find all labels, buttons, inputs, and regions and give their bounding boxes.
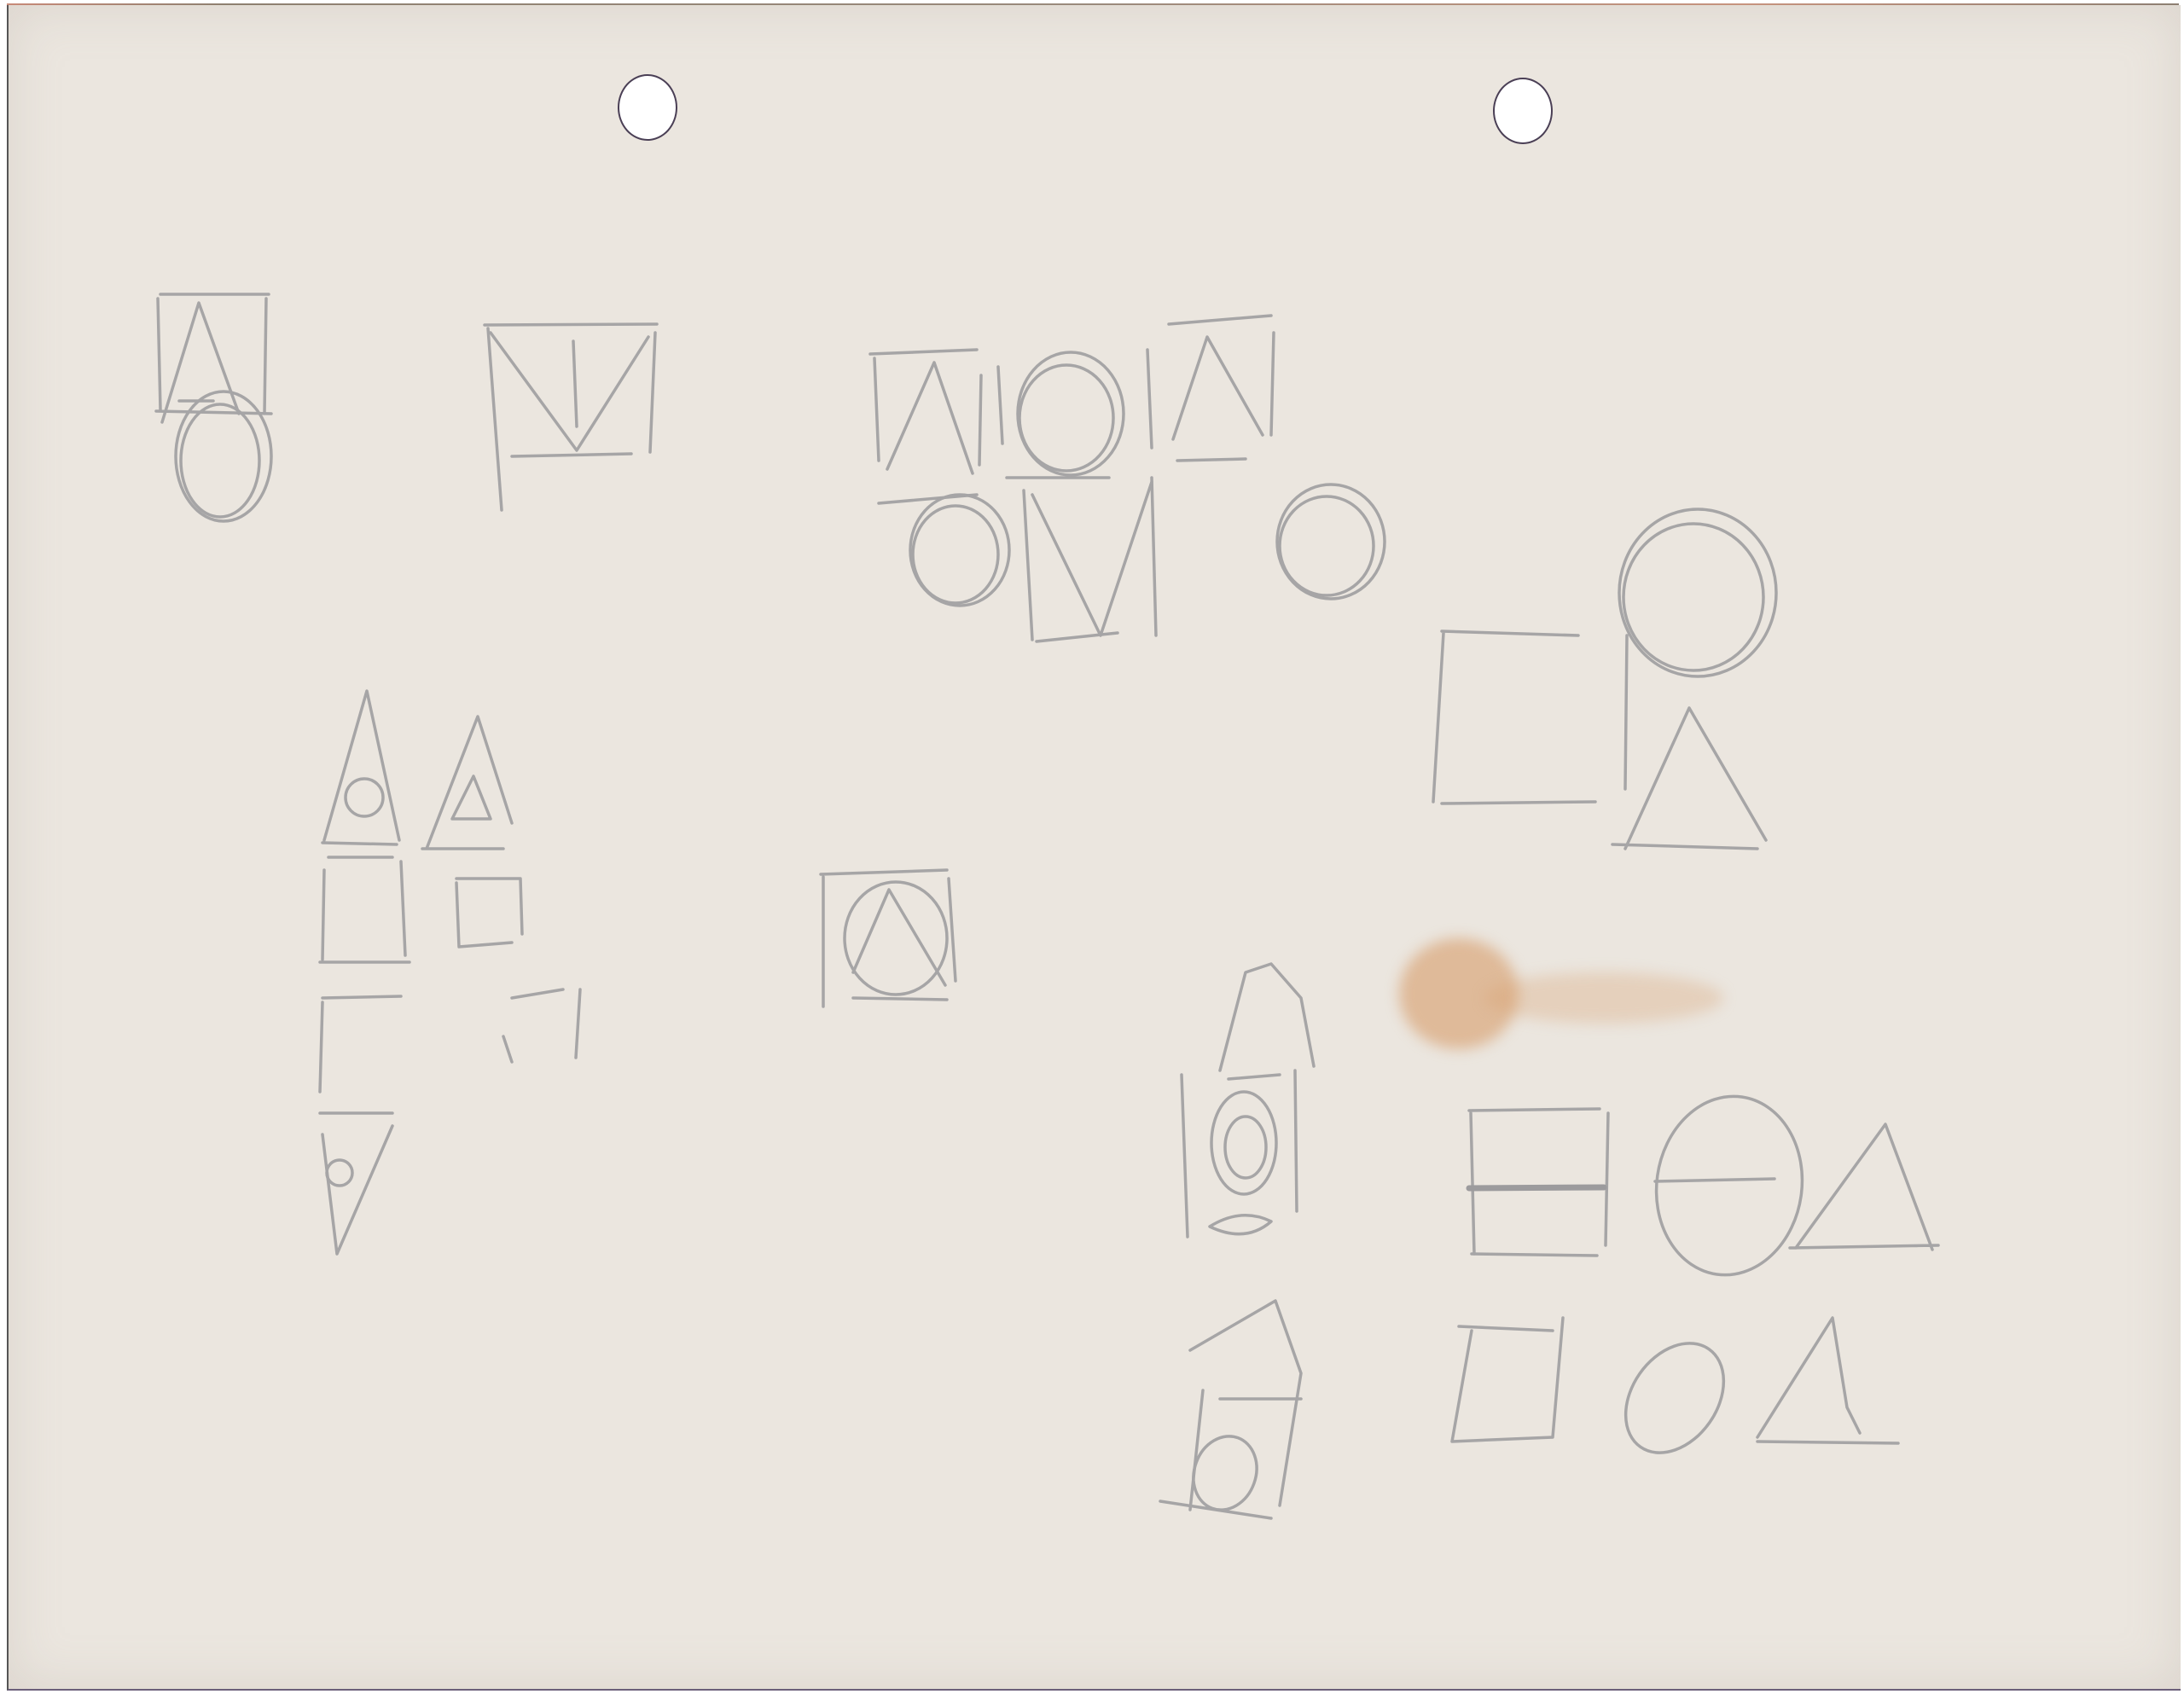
sketch-group-7 [1182,964,1314,1237]
sketch-group-3 [870,316,1385,641]
sketch-group-8 [1469,1087,1938,1285]
sketch-group-1 [156,294,271,521]
sketch-group-4 [1433,509,1776,849]
sketch-group-5 [320,691,580,1254]
sketch-group-9 [1160,1301,1301,1519]
sketch-group-6 [821,870,955,1007]
pencil-sketches [0,0,2184,1694]
sketch-group-10 [1452,1318,1898,1471]
sketch-group-2 [485,324,657,510]
